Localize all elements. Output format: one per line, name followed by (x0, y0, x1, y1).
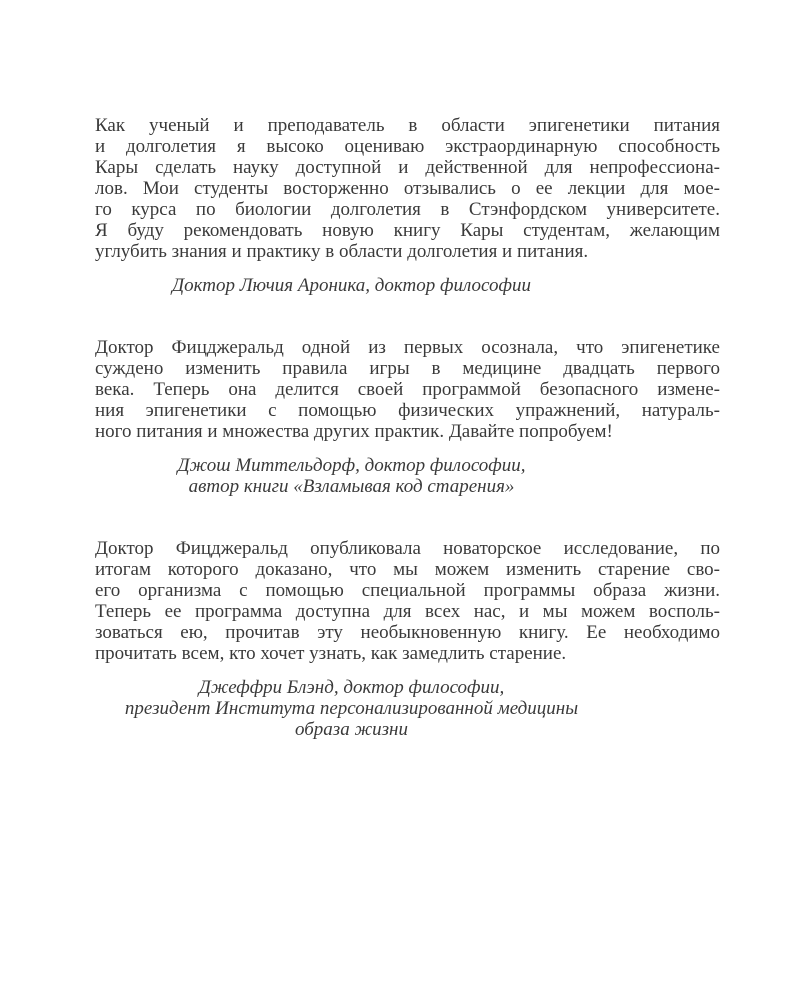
attribution-line: президент Института персонализированной … (95, 698, 608, 719)
review-attribution-2: Джош Миттельдорф, доктор философии,автор… (95, 455, 720, 497)
quote-line: прочитать всем, кто хочет узнать, как за… (95, 643, 720, 664)
quote-line: суждено изменить правила игры в медицине… (95, 358, 720, 379)
attribution-line: Джош Миттельдорф, доктор философии, (95, 455, 608, 476)
reviews-section: Как ученый и преподаватель в области эпи… (95, 115, 720, 740)
review-attribution-1: Доктор Лючия Ароника, доктор философии (95, 275, 720, 296)
book-page: Как ученый и преподаватель в области эпи… (0, 0, 800, 1000)
attribution-line: образа жизни (95, 719, 608, 740)
quote-line: углубить знания и практику в области дол… (95, 241, 720, 262)
quote-line: его организма с помощью специальной прог… (95, 580, 720, 601)
quote-line: Теперь ее программа доступна для всех на… (95, 601, 720, 622)
review-quote-3: Доктор Фицджеральд опубликовала новаторс… (95, 538, 720, 664)
quote-line: итогам которого доказано, что мы можем и… (95, 559, 720, 580)
attribution-line: Джеффри Блэнд, доктор философии, (95, 677, 608, 698)
quote-line: и долголетия я высоко оцениваю экстраорд… (95, 136, 720, 157)
attribution-line: автор книги «Взламывая код старения» (95, 476, 608, 497)
quote-line: го курса по биологии долголетия в Стэнфо… (95, 199, 720, 220)
quote-line: Кары сделать науку доступной и действенн… (95, 157, 720, 178)
attribution-line: Доктор Лючия Ароника, доктор философии (95, 275, 608, 296)
review-quote-1: Как ученый и преподаватель в области эпи… (95, 115, 720, 262)
quote-line: ного питания и множества других практик.… (95, 421, 720, 442)
quote-line: лов. Мои студенты восторженно отзывались… (95, 178, 720, 199)
quote-line: зоваться ею, прочитав эту необыкновенную… (95, 622, 720, 643)
quote-line: Я буду рекомендовать новую книгу Кары ст… (95, 220, 720, 241)
review-quote-2: Доктор Фицджеральд одной из первых осозн… (95, 337, 720, 442)
quote-line: Доктор Фицджеральд опубликовала новаторс… (95, 538, 720, 559)
quote-line: ния эпигенетики с помощью физических упр… (95, 400, 720, 421)
review-attribution-3: Джеффри Блэнд, доктор философии,президен… (95, 677, 720, 740)
quote-line: Как ученый и преподаватель в области эпи… (95, 115, 720, 136)
quote-line: Доктор Фицджеральд одной из первых осозн… (95, 337, 720, 358)
quote-line: века. Теперь она делится своей программо… (95, 379, 720, 400)
